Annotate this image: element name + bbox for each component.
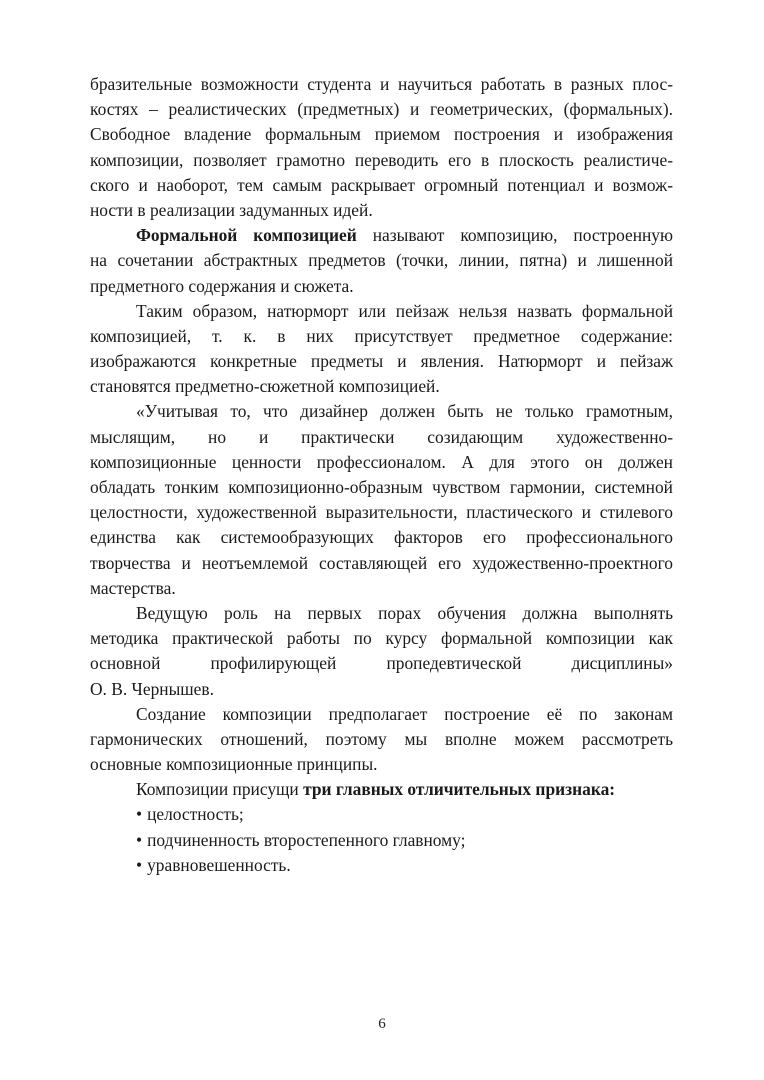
- list-item-text: уравновешенность.: [147, 855, 291, 875]
- text-line: бразительные возможности студента и науч…: [90, 72, 673, 97]
- bullet-icon: •: [136, 802, 142, 827]
- text-line: Создание композиции предполагает построе…: [90, 702, 673, 727]
- text-line: предметного содержания и сюжета.: [90, 274, 673, 299]
- paragraph-5: Ведущую роль на первых порах обучения до…: [90, 601, 673, 702]
- list-item: •целостность;: [90, 802, 673, 827]
- text-line: методика практической работы по курсу фо…: [90, 626, 673, 651]
- list-item: •уравновешенность.: [90, 853, 673, 878]
- text-line: Формальной композицией называют композиц…: [90, 223, 673, 248]
- text-line: Ведущую роль на первых порах обучения до…: [90, 601, 673, 626]
- paragraph-3: Таким образом, натюрморт или пейзаж нель…: [90, 299, 673, 400]
- text-line: творчества и неотъемлемой составляющей е…: [90, 551, 673, 576]
- text-line: Композиции присущи три главных отличител…: [90, 777, 673, 802]
- text-line: мыслящим, но и практически созидающим ху…: [90, 425, 673, 450]
- text-line: основные композиционные принципы.: [90, 752, 673, 777]
- text-line: композицией, т. к. в них присутствует пр…: [90, 324, 673, 349]
- text-line: ности в реализации задуманных идей.: [90, 198, 673, 223]
- bullet-icon: •: [136, 853, 142, 878]
- list-item-text: подчиненность второстепенного главному;: [147, 830, 465, 850]
- text-fragment: называют композицию, построенную: [357, 225, 673, 245]
- bullet-icon: •: [136, 828, 142, 853]
- paragraph-1: бразительные возможности студента и науч…: [90, 72, 673, 223]
- document-page: бразительные возможности студента и науч…: [90, 72, 673, 878]
- list-item: •подчиненность второстепенного главному;: [90, 828, 673, 853]
- text-line: целостности, художественной выразительно…: [90, 500, 673, 525]
- text-line: композиционные ценности профессионалом. …: [90, 450, 673, 475]
- text-line: основной профилирующей пропедевтической …: [90, 651, 673, 676]
- text-line: костях – реалистических (предметных) и г…: [90, 97, 673, 122]
- text-line: изображаются конкретные предметы и явлен…: [90, 349, 673, 374]
- page-number: 6: [0, 1016, 764, 1033]
- text-line: становятся предметно-сюжетной композицие…: [90, 374, 673, 399]
- term-bold: три главных отличительных признака:: [303, 779, 615, 799]
- text-line: мастерства.: [90, 576, 673, 601]
- text-line: Свободное владение формальным приемом по…: [90, 122, 673, 147]
- paragraph-6: Создание композиции предполагает построе…: [90, 702, 673, 778]
- text-line: единства как системообразующих факторов …: [90, 525, 673, 550]
- text-line: обладать тонким композиционно-образным ч…: [90, 475, 673, 500]
- bullet-list: •целостность; •подчиненность второстепен…: [90, 802, 673, 878]
- text-line: Таким образом, натюрморт или пейзаж нель…: [90, 299, 673, 324]
- term-bold: Формальной композицией: [136, 225, 357, 245]
- list-item-text: целостность;: [147, 804, 244, 824]
- text-line: О. В. Чернышев.: [90, 677, 673, 702]
- text-line: на сочетании абстрактных предметов (точк…: [90, 248, 673, 273]
- paragraph-7: Композиции присущи три главных отличител…: [90, 777, 673, 802]
- paragraph-quote: «Учитывая то, что дизайнер должен быть н…: [90, 399, 673, 601]
- text-line: гармонических отношений, поэтому мы впол…: [90, 727, 673, 752]
- text-fragment: Композиции присущи: [136, 779, 303, 799]
- paragraph-2: Формальной композицией называют композиц…: [90, 223, 673, 299]
- text-line: «Учитывая то, что дизайнер должен быть н…: [90, 399, 673, 424]
- text-line: композиции, позволяет грамотно переводит…: [90, 148, 673, 173]
- text-line: ского и наоборот, тем самым раскрывает о…: [90, 173, 673, 198]
